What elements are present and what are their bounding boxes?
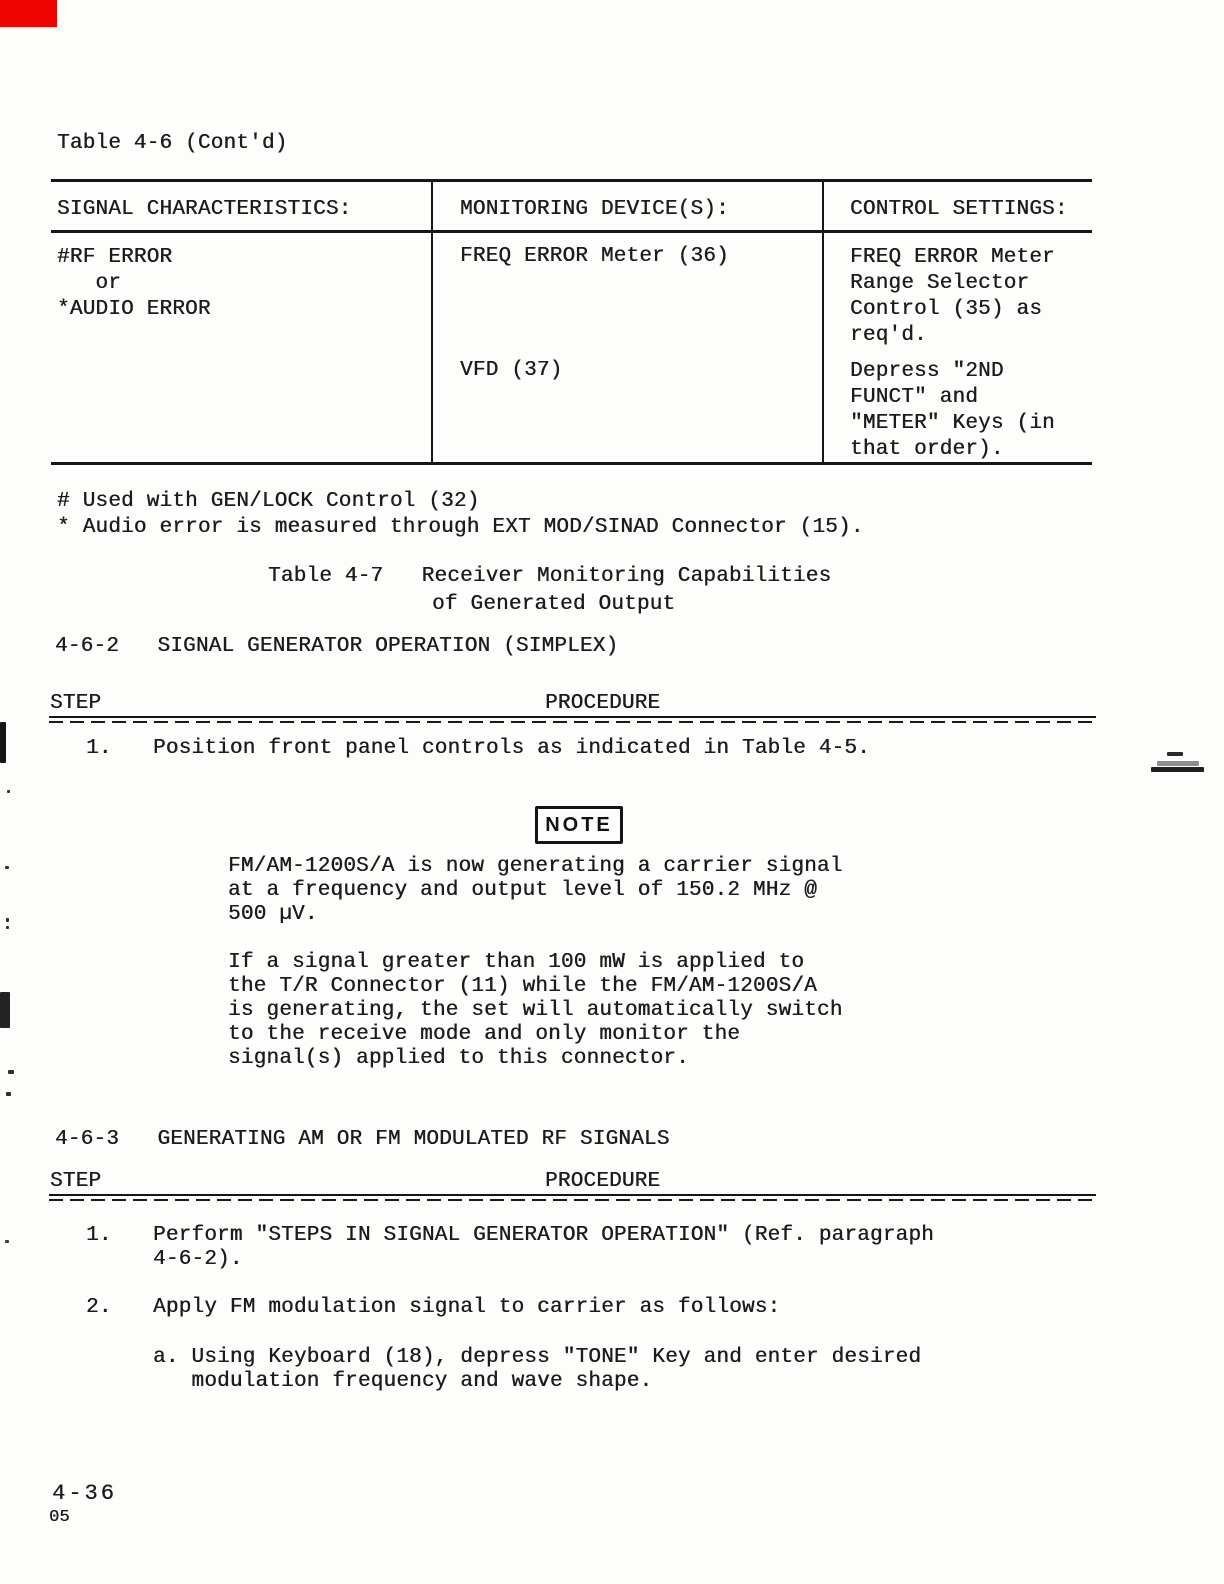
note-paragraph-2: If a signal greater than 100 mW is appli… <box>228 951 843 1071</box>
cell-signal-characteristics: #RF ERROR or *AUDIO ERROR <box>57 245 211 323</box>
step-number: 2. <box>86 1296 112 1320</box>
scan-artifact-left-bar <box>0 722 6 763</box>
scanned-manual-page: Table 4-6 (Cont'd) SIGNAL CHARACTERISTIC… <box>0 0 1224 1584</box>
column-header-monitoring-devices: MONITORING DEVICE(S): <box>460 198 729 222</box>
step-procedure-rule-2 <box>49 1194 1096 1196</box>
step-text: Position front panel controls as indicat… <box>153 737 870 761</box>
substep-text: a. Using Keyboard (18), depress "TONE" K… <box>153 1346 921 1394</box>
scan-artifact-left-blob <box>0 992 10 1028</box>
step-procedure-dashed-rule-2 <box>49 1199 1096 1201</box>
step-number: 1. <box>86 737 112 761</box>
scan-artifact-speck <box>5 866 9 869</box>
procedure-column-label-2: PROCEDURE <box>545 1170 660 1194</box>
page-number: 4-36 <box>52 1482 117 1506</box>
step-procedure-dashed-rule-1 <box>49 721 1096 723</box>
step-column-label-1: STEP <box>50 692 101 716</box>
scan-artifact-speck <box>6 918 9 922</box>
column-header-signal-characteristics: SIGNAL CHARACTERISTICS: <box>57 198 351 222</box>
page-revision-code: 05 <box>49 1509 70 1527</box>
table-4-7-caption-line2: of Generated Output <box>432 593 675 617</box>
scan-artifact-speck <box>5 1240 9 1243</box>
column-header-control-settings: CONTROL SETTINGS: <box>850 198 1068 222</box>
note-label: NOTE <box>545 814 613 837</box>
step-number: 1. <box>86 1224 112 1248</box>
step-text: Apply FM modulation signal to carrier as… <box>153 1296 780 1320</box>
table-vertical-rule-2 <box>822 179 824 465</box>
table-4-7-caption-line1: Table 4-7 Receiver Monitoring Capabiliti… <box>268 565 831 589</box>
step-text: Perform "STEPS IN SIGNAL GENERATOR OPERA… <box>153 1224 934 1272</box>
section-4-6-2-heading: 4-6-2 SIGNAL GENERATOR OPERATION (SIMPLE… <box>55 635 618 659</box>
footnote-gen-lock: # Used with GEN/LOCK Control (32) <box>57 489 479 515</box>
table-4-6-title: Table 4-6 (Cont'd) <box>57 132 287 156</box>
step-procedure-rule-1 <box>49 716 1096 718</box>
cell-control-settings-meter-keys: Depress "2ND FUNCT" and "METER" Keys (in… <box>850 359 1055 463</box>
scan-artifact-right-top <box>1167 752 1183 756</box>
table-vertical-rule-1 <box>431 179 433 465</box>
note-box: NOTE <box>535 806 623 844</box>
cell-control-settings-range-selector: FREQ ERROR Meter Range Selector Control … <box>850 245 1055 349</box>
red-corner-mark <box>0 0 57 27</box>
cell-monitoring-device-vfd: VFD (37) <box>460 359 562 383</box>
table-header-rule <box>51 230 1092 233</box>
step-column-label-2: STEP <box>50 1170 101 1194</box>
footnote-audio-error: * Audio error is measured through EXT MO… <box>57 515 864 541</box>
cell-monitoring-device-freq-error-meter: FREQ ERROR Meter (36) <box>460 245 729 269</box>
scan-artifact-speck <box>6 1092 11 1096</box>
note-paragraph-1: FM/AM-1200S/A is now generating a carrie… <box>228 855 843 927</box>
scan-artifact-speck <box>7 790 10 793</box>
scan-artifact-speck <box>6 926 9 929</box>
scan-artifact-right-bottom <box>1151 767 1204 772</box>
table-top-rule <box>51 179 1092 182</box>
scan-artifact-speck <box>8 1070 14 1074</box>
procedure-column-label-1: PROCEDURE <box>545 692 660 716</box>
scan-artifact-right-mid <box>1157 761 1199 766</box>
section-4-6-3-heading: 4-6-3 GENERATING AM OR FM MODULATED RF S… <box>55 1128 670 1152</box>
